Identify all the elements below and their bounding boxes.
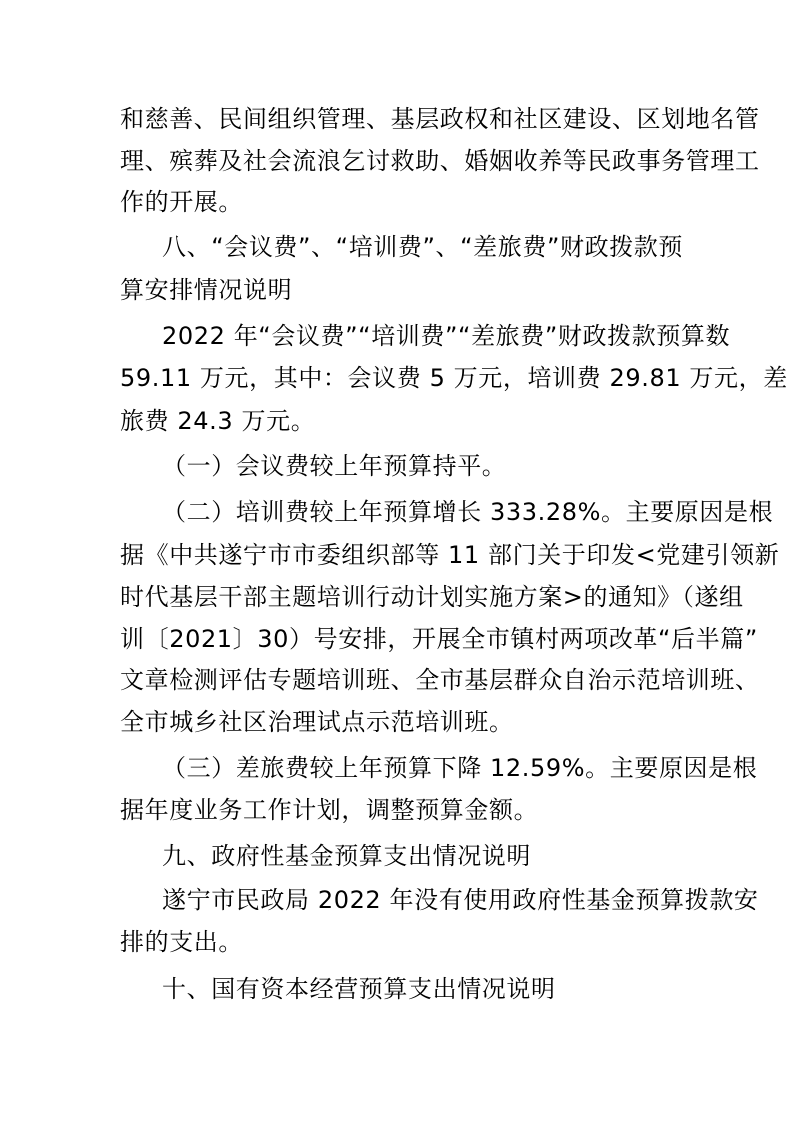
section-heading: 十、国有资本经营预算支出情况说明 [162,969,682,1009]
body-text-line: 据《中共遂宁市市委组织部等 11 部门关于印发<党建引领新 [120,535,680,575]
body-text-line: 理、殡葬及社会流浪乞讨救助、婚姻收养等民政事务管理工 [120,141,680,181]
body-text-line: 文章检测评估专题培训班、全市基层群众自治示范培训班、 [120,660,680,700]
body-text-line: 排的支出。 [120,922,680,962]
body-text-line: 和慈善、民间组织管理、基层政权和社区建设、区划地名管 [120,99,680,139]
body-text-line: 2022 年“会议费”“培训费”“差旅费”财政拨款预算数 [162,316,682,356]
list-item: （二）培训费较上年预算增长 333.28%。主要原因是根 [162,492,682,532]
list-item: （一）会议费较上年预算持平。 [162,446,682,486]
body-text-line: 59.11 万元，其中：会议费 5 万元，培训费 29.81 万元，差 [120,358,680,398]
body-text-line: 时代基层干部主题培训行动计划实施方案>的通知》（遂组 [120,577,680,617]
list-item: （三）差旅费较上年预算下降 12.59%。主要原因是根 [162,748,682,788]
section-heading: 九、政府性基金预算支出情况说明 [162,836,682,876]
body-text-line: 作的开展。 [120,182,680,222]
body-text-line: 全市城乡社区治理试点示范培训班。 [120,702,680,742]
section-heading: 算安排情况说明 [120,270,680,310]
body-text-line: 训〔2021〕30）号安排，开展全市镇村两项改革“后半篇” [120,619,680,659]
section-heading: 八、“会议费”、“培训费”、“差旅费”财政拨款预 [162,227,682,267]
body-text-line: 据年度业务工作计划，调整预算金额。 [120,790,680,830]
body-text-line: 遂宁市民政局 2022 年没有使用政府性基金预算拨款安 [162,880,682,920]
document-page: 和慈善、民间组织管理、基层政权和社区建设、区划地名管 理、殡葬及社会流浪乞讨救助… [0,0,794,1122]
body-text-line: 旅费 24.3 万元。 [120,401,680,441]
